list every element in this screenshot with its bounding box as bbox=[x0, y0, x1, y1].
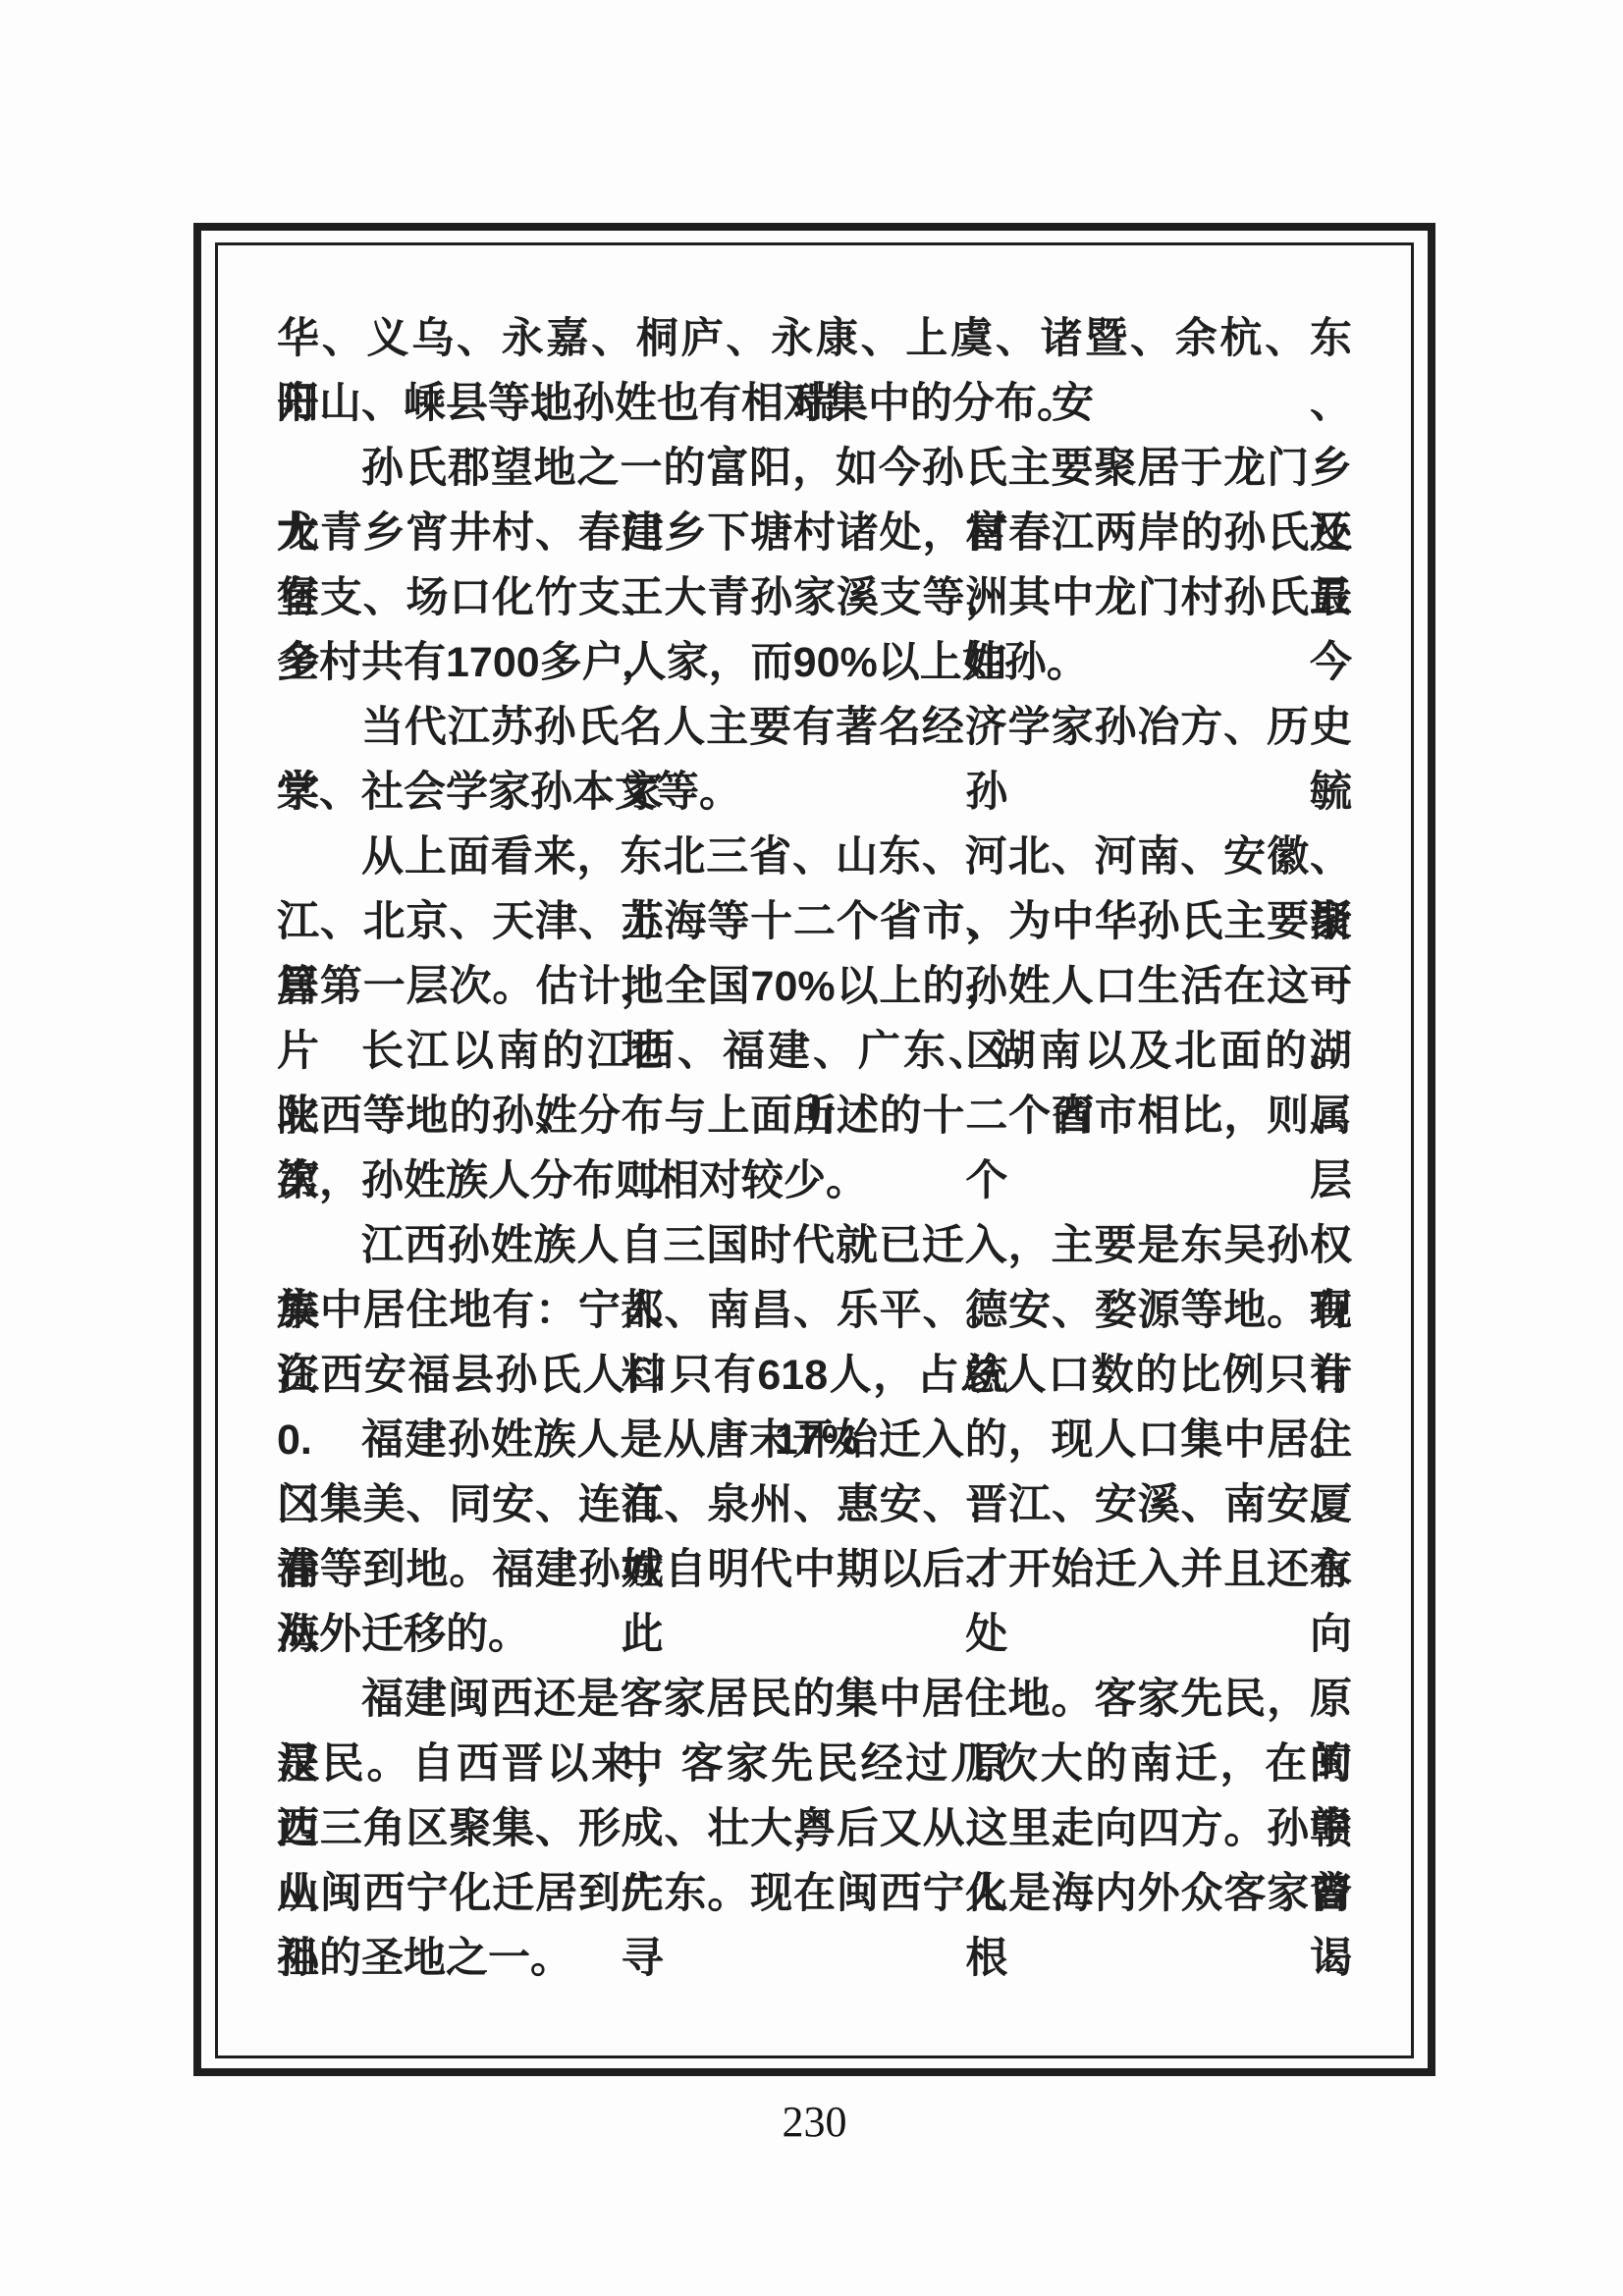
text-line: 集中居住地有：宁都、南昌、乐平、德安、婺源等地。有资料统计 bbox=[277, 1278, 1352, 1343]
text-line: 算第一层次。估计，全国70%以上的孙姓人口生活在这一片地区。 bbox=[277, 954, 1352, 1019]
text-line: 江、北京、天津、上海等十二个省市，为中华孙氏主要聚居地，可 bbox=[277, 889, 1352, 954]
body-text: 华、义乌、永嘉、桐庐、永康、上虞、诸暨、余杭、东阳、瑞安、舟山、嵊县等地孙姓也有… bbox=[277, 306, 1352, 1991]
text-line: 门集美、同安、连江、泉州、惠安、晋江、安溪、南安、浦城、永 bbox=[277, 1472, 1352, 1537]
text-line: 大青乡宵井村、春建乡下塘村诸处，富春江两岸的孙氏还有王洲五 bbox=[277, 501, 1352, 565]
page-number: 230 bbox=[193, 2097, 1435, 2147]
inner-border-frame: 华、义乌、永嘉、桐庐、永康、上虞、诸暨、余杭、东阳、瑞安、舟山、嵊县等地孙姓也有… bbox=[215, 242, 1414, 2058]
text-line: 春等到地。福建孙姓自明代中期以后才开始迁入并且还有从此处向 bbox=[277, 1537, 1352, 1602]
text-line: 福建闽西还是客家居民的集中居住地。客家先民，原是中原的 bbox=[277, 1667, 1352, 1732]
text-line: 陕西等地的孙姓分布与上面所述的十二个省市相比，则属第二个层 bbox=[277, 1084, 1352, 1148]
text-line: 当代江苏孙氏名人主要有著名经济学家孙冶方、历史学家孙毓 bbox=[277, 695, 1352, 760]
text-line: 华、义乌、永嘉、桐庐、永康、上虞、诸暨、余杭、东阳、瑞安、 bbox=[277, 306, 1352, 371]
text-line: 从上面看来，东北三省、山东、河北、河南、安徽、江苏、浙 bbox=[277, 825, 1352, 889]
text-line: 长江以南的江西、福建、广东、湖南以及北面的湖北、山西、 bbox=[277, 1019, 1352, 1084]
book-page: 华、义乌、永嘉、桐庐、永康、上虞、诸暨、余杭、东阳、瑞安、舟山、嵊县等地孙姓也有… bbox=[0, 0, 1623, 2296]
text-line: 江西安福县孙氏人口只有618人，占总人口数的比例只有0. 17%。 bbox=[277, 1343, 1352, 1408]
outer-border-frame: 华、义乌、永嘉、桐庐、永康、上虞、诸暨、余杭、东阳、瑞安、舟山、嵊县等地孙姓也有… bbox=[193, 223, 1435, 2076]
text-line: 从闽西宁化迁居到广东。现在闽西宁化是海内外众客家裔孙寻根谒 bbox=[277, 1861, 1352, 1926]
text-line: 福建孙姓族人是从唐末开始迁入的，现人口集中居住区有：厦 bbox=[277, 1408, 1352, 1472]
text-line: 边三角区聚集、形成、壮大，后又从这里走向四方。孙中山先人曾 bbox=[277, 1796, 1352, 1861]
text-line: 孙氏郡望地之一的富阳，如今孙氏主要聚居于龙门乡龙门村及 bbox=[277, 436, 1352, 501]
text-line: 堡支、场口化竹支、大青孙家溪支等，其中龙门村孙氏最多，如今 bbox=[277, 565, 1352, 630]
text-line: 江西孙姓族人自三国时代就已迁入，主要是东吴孙权族人。现 bbox=[277, 1213, 1352, 1278]
text-line: 汉民。自西晋以来，客家先民经过几次大的南迁，在闽西、粤、赣 bbox=[277, 1732, 1352, 1796]
